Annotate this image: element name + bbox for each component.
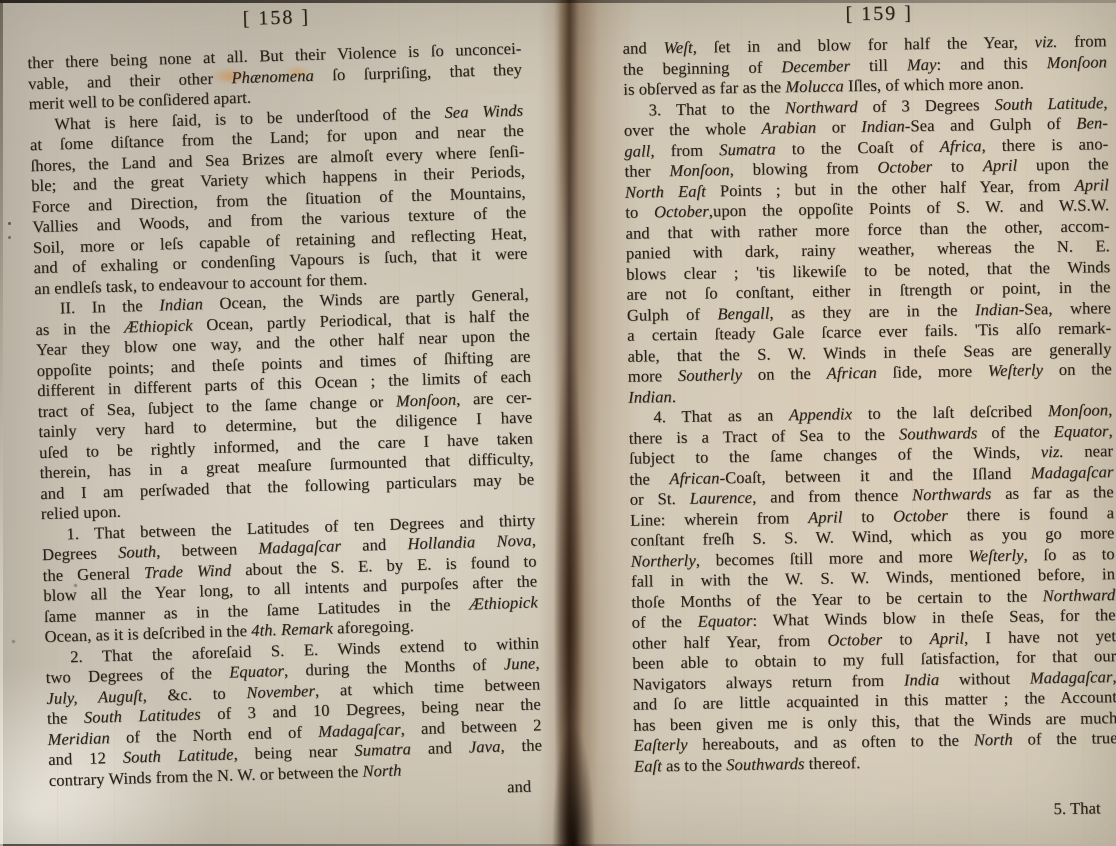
- paragraph: II. In the Indian Ocean, the Winds are p…: [35, 285, 535, 525]
- paragraph: 4. That as an Appendix to the laſt deſcr…: [628, 400, 1116, 777]
- catchword-right: 5. That: [635, 798, 1116, 826]
- paragraph: 1. That between the Latitudes of ten Deg…: [41, 510, 538, 648]
- page-number-left: [ 158 ]: [242, 7, 310, 36]
- paragraph: 2. That the aforeſaid S. E. Winds extend…: [45, 633, 543, 791]
- scan-edge-left: [0, 0, 3, 846]
- scan-edge-top: [0, 0, 1116, 3]
- page-158: [ 158 ] ther there being none at all. Bu…: [26, 1, 543, 812]
- scan-speck: [8, 222, 11, 225]
- page-number-right: [ 159 ]: [845, 3, 913, 31]
- book-scan: [ 158 ] ther there being none at all. Bu…: [0, 0, 1116, 846]
- paragraph: and Weſt, ſet in and blow for half the Y…: [623, 31, 1108, 100]
- paragraph: 3. That to the Northward of 3 Degrees So…: [623, 93, 1112, 408]
- page-159-text: and Weſt, ſet in and blow for half the Y…: [623, 31, 1116, 777]
- paragraph: What is here ſaid, is to be underſtood o…: [29, 100, 528, 299]
- page-158-text: ther there being none at all. But their …: [27, 39, 543, 791]
- page-159: [ 159 ] and Weſt, ſet in and blow for ha…: [622, 0, 1116, 826]
